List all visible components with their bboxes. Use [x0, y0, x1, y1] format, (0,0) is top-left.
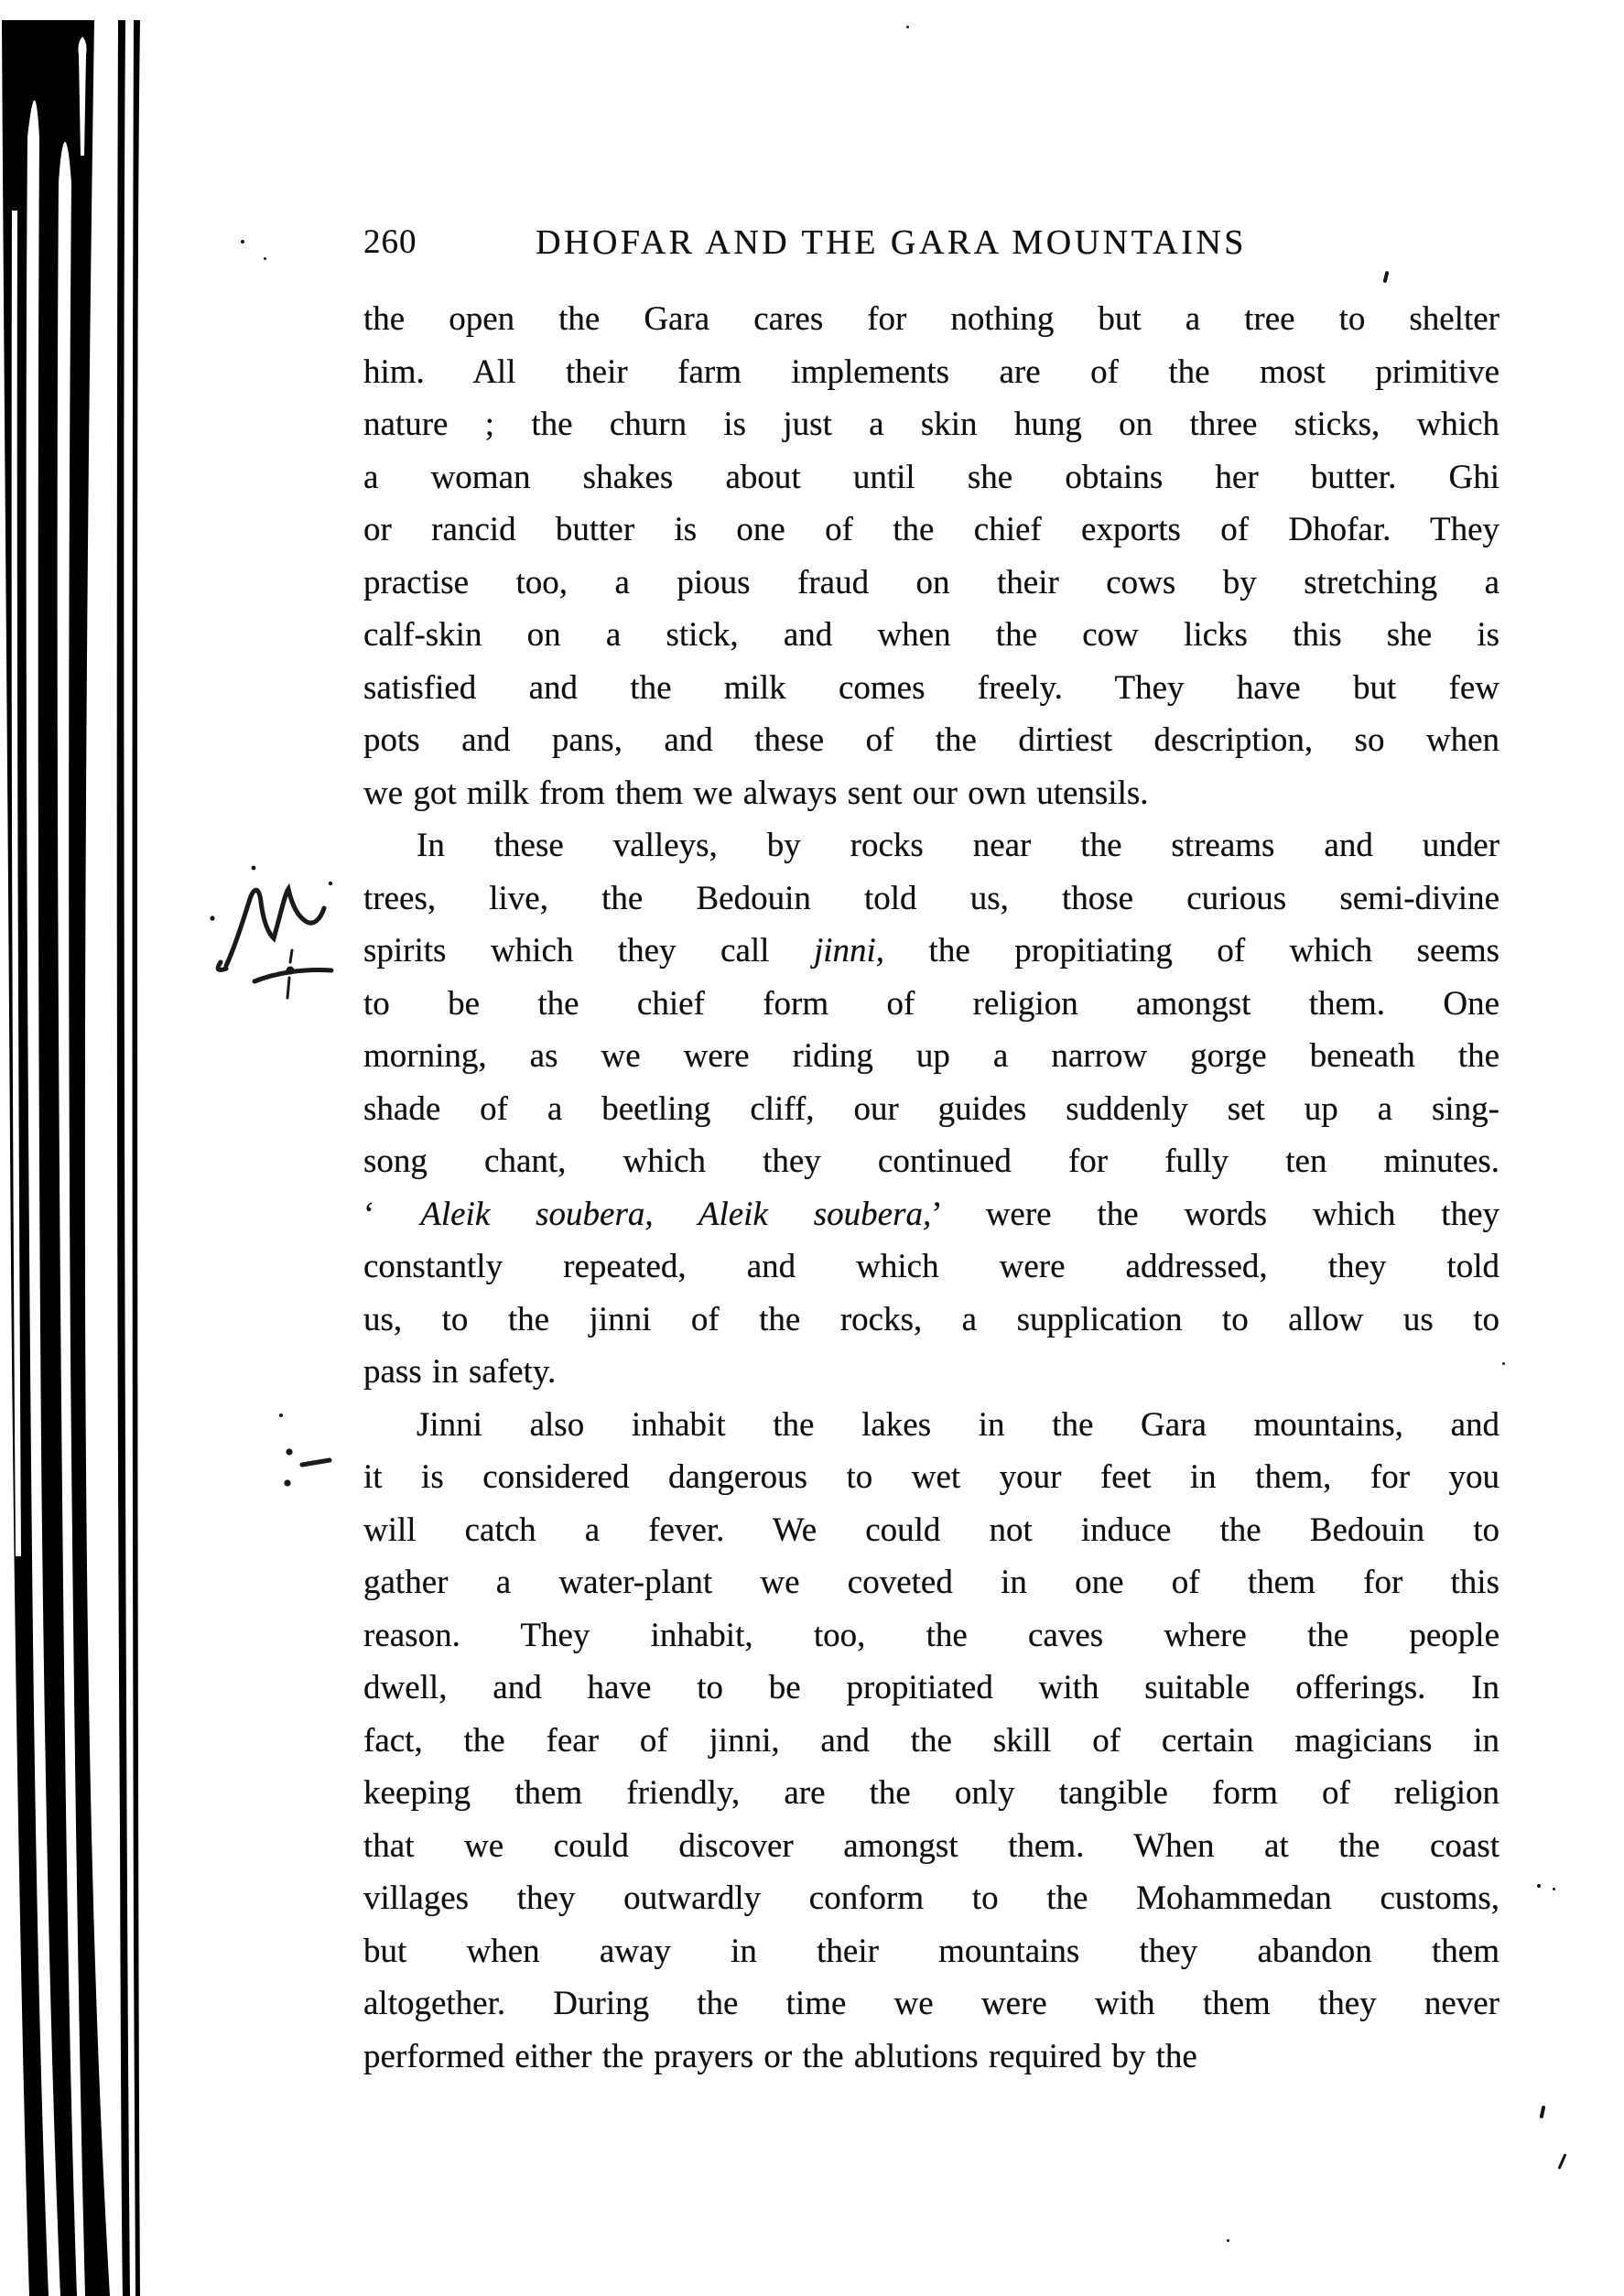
text-line: satisfied and the milk comes freely. The…	[363, 662, 1499, 715]
scan-speck	[1540, 2106, 1546, 2119]
page-body: the open the Gara cares for nothing but …	[363, 293, 1499, 2083]
text-line: shade of a beetling cliff, our guides su…	[363, 1083, 1499, 1136]
text-line: dwell, and have to be propitiated with s…	[363, 1662, 1499, 1715]
text-line: or rancid butter is one of the chief exp…	[363, 504, 1499, 557]
text-line: fact, the fear of jinni, and the skill o…	[363, 1715, 1499, 1768]
text-line: a woman shakes about until she obtains h…	[363, 451, 1499, 504]
text-line: but when away in their mountains they ab…	[363, 1925, 1499, 1978]
scan-speck	[1502, 1362, 1505, 1365]
pencil-colon-dash-mark	[273, 1408, 346, 1500]
text-line: it is considered dangerous to wet your f…	[363, 1451, 1499, 1504]
text-line: morning, as we were riding up a narrow g…	[363, 1030, 1499, 1083]
text-line: ‘ Aleik soubera, Aleik soubera,’ were th…	[363, 1188, 1499, 1241]
text-line: us, to the jinni of the rocks, a supplic…	[363, 1294, 1499, 1347]
scan-speck	[1382, 271, 1389, 284]
text-line: altogether. During the time we were with…	[363, 1977, 1499, 2031]
page-header: 260 DHOFAR AND THE GARA MOUNTAINS	[363, 222, 1499, 265]
text-line: performed either the prayers or the ablu…	[363, 2031, 1499, 2084]
paragraph: In these valleys, by rocks near the stre…	[363, 819, 1499, 1399]
text-line: In these valleys, by rocks near the stre…	[363, 819, 1499, 872]
text-line: pass in safety.	[363, 1346, 1499, 1399]
text-line: the open the Gara cares for nothing but …	[363, 293, 1499, 346]
text-line: constantly repeated, and which were addr…	[363, 1240, 1499, 1294]
text-line: reason. They inhabit, too, the caves whe…	[363, 1609, 1499, 1662]
text-line: trees, live, the Bedouin told us, those …	[363, 872, 1499, 926]
scan-speck	[1537, 1884, 1541, 1888]
paragraph: the open the Gara cares for nothing but …	[363, 293, 1499, 819]
pencil-cross-mark	[249, 945, 341, 1007]
scan-speck	[241, 240, 244, 244]
text-line: gather a water-plant we coveted in one o…	[363, 1556, 1499, 1609]
text-line: practise too, a pious fraud on their cow…	[363, 557, 1499, 610]
text-line: that we could discover amongst them. Whe…	[363, 1820, 1499, 1873]
text-line: Jinni also inhabit the lakes in the Gara…	[363, 1399, 1499, 1452]
text-line: him. All their farm implements are of th…	[363, 346, 1499, 399]
paragraph: Jinni also inhabit the lakes in the Gara…	[363, 1399, 1499, 2084]
page-number: 260	[363, 224, 417, 261]
text-line: will catch a fever. We could not induce …	[363, 1504, 1499, 1557]
scan-speck	[1553, 1888, 1555, 1890]
scan-speck	[1227, 2239, 1229, 2242]
scan-speck	[1557, 2153, 1566, 2170]
text-line: pots and pans, and these of the dirtiest…	[363, 714, 1499, 767]
running-title: DHOFAR AND THE GARA MOUNTAINS	[363, 222, 1499, 263]
binding-streaks-graphic	[0, 0, 156, 2296]
text-line: to be the chief form of religion amongst…	[363, 978, 1499, 1031]
text-line: calf-skin on a stick, and when the cow l…	[363, 609, 1499, 662]
text-line: keeping them friendly, are the only tang…	[363, 1767, 1499, 1820]
scan-speck	[264, 257, 266, 260]
text-line: we got milk from them we always sent our…	[363, 767, 1499, 820]
scanned-book-page: { "page": { "page_number": "260", "runni…	[0, 0, 1624, 2296]
text-line: spirits which they call jinni, the propi…	[363, 925, 1499, 978]
binding-scan-band	[0, 0, 156, 2296]
text-line: song chant, which they continued for ful…	[363, 1135, 1499, 1188]
text-line: nature ; the churn is just a skin hung o…	[363, 398, 1499, 451]
text-line: villages they outwardly conform to the M…	[363, 1872, 1499, 1925]
scan-speck	[906, 26, 909, 28]
